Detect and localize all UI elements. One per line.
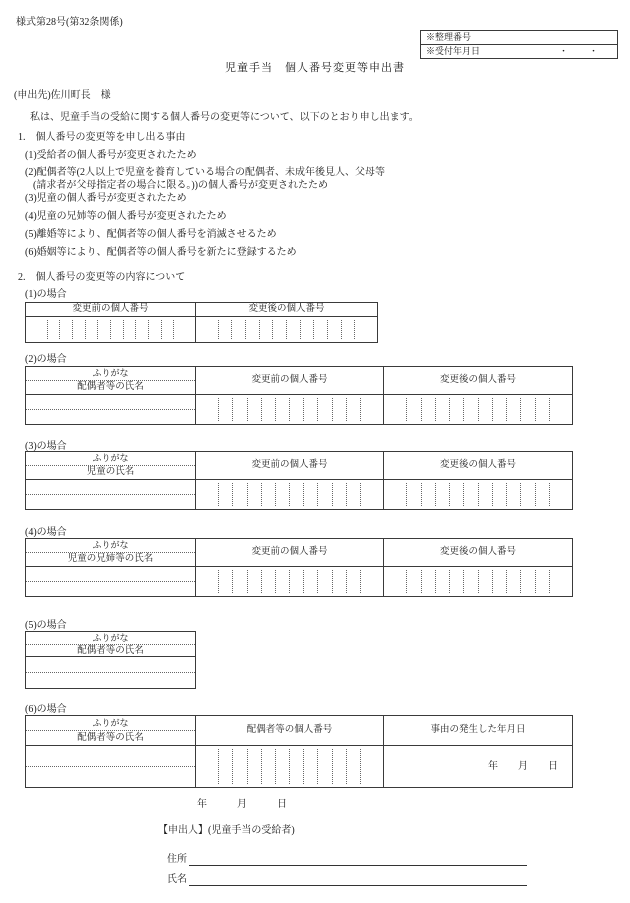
reason-item-3: (3)児童の個人番号が変更されたため xyxy=(25,192,187,205)
case4-after-header: 変更後の個人番号 xyxy=(384,539,572,566)
case4-before-number-cells[interactable] xyxy=(196,567,383,596)
document-page: 様式第28号(第32条関係) ※整理番号 ※受付年月日 ・ ・ 児童手当 個人番… xyxy=(0,0,630,903)
case2-name-header: 配偶者等の氏名 xyxy=(26,381,195,394)
case5-furigana-label: ふりがな xyxy=(26,632,195,645)
case4-name-input[interactable] xyxy=(26,567,196,596)
receipt-date-value[interactable]: ・ ・ xyxy=(559,45,612,58)
case1-table: 変更前の個人番号 変更後の個人番号 xyxy=(25,302,378,343)
ref-number-label: ※整理番号 xyxy=(426,31,471,44)
case2-before-number-cells[interactable] xyxy=(196,395,383,424)
submission-date-line[interactable]: 年 月 日 xyxy=(197,798,287,811)
reason-item-6: (6)婚姻等により、配偶者等の個人番号を新たに登録するため xyxy=(25,246,297,259)
case2-name-input[interactable] xyxy=(26,395,196,424)
case3-name-header: 児童の氏名 xyxy=(26,466,195,479)
addressee: (申出先)佐川町長 様 xyxy=(14,89,111,102)
case2-after-number-cells[interactable] xyxy=(384,395,572,424)
case1-before-number-cells[interactable] xyxy=(26,317,195,342)
case6-number-header: 配偶者等の個人番号 xyxy=(196,716,384,745)
name-input-line[interactable] xyxy=(189,872,527,886)
receipt-date-row: ※受付年月日 ・ ・ xyxy=(421,45,617,58)
case5-name-input[interactable] xyxy=(26,657,195,688)
name-label: 氏名 xyxy=(167,873,187,886)
address-field: 住所 xyxy=(167,852,527,866)
case4-table: ふりがな 児童の兄姉等の氏名 変更前の個人番号 変更後の個人番号 xyxy=(25,538,573,597)
case6-furigana-label: ふりがな xyxy=(26,716,195,731)
case3-name-input[interactable] xyxy=(26,480,196,509)
case6-number-cells[interactable] xyxy=(196,746,383,787)
case6-name-header: 配偶者等の氏名 xyxy=(26,731,195,745)
case3-before-header: 変更前の個人番号 xyxy=(196,452,384,479)
case6-name-input[interactable] xyxy=(26,746,196,787)
case1-after-number-cells[interactable] xyxy=(196,317,377,342)
case4-after-number-cells[interactable] xyxy=(384,567,572,596)
name-field: 氏名 xyxy=(167,872,527,886)
case2-label: (2)の場合 xyxy=(25,353,67,366)
case2-after-header: 変更後の個人番号 xyxy=(384,367,572,394)
case5-table: ふりがな 配偶者等の氏名 xyxy=(25,631,196,689)
case2-furigana-label: ふりがな xyxy=(26,367,195,381)
reason-item-4: (4)児童の兄姉等の個人番号が変更されたため xyxy=(25,210,227,223)
form-code: 様式第28号(第32条関係) xyxy=(16,16,123,29)
case3-after-number-cells[interactable] xyxy=(384,480,572,509)
case6-table: ふりがな 配偶者等の氏名 配偶者等の個人番号 事由の発生した年月日 年 月 日 xyxy=(25,715,573,788)
section2-heading: 2. 個人番号の変更等の内容について xyxy=(18,271,185,284)
case5-name-header: 配偶者等の氏名 xyxy=(26,645,195,657)
case1-before-header: 変更前の個人番号 xyxy=(26,303,196,316)
case1-label: (1)の場合 xyxy=(25,288,67,301)
case1-after-header: 変更後の個人番号 xyxy=(196,303,377,316)
page-title: 児童手当 個人番号変更等申出書 xyxy=(0,62,630,75)
reason-item-2-continued: (請求者が父母指定者の場合に限る。))の個人番号が変更されたため xyxy=(33,179,328,192)
case6-date-header: 事由の発生した年月日 xyxy=(384,716,572,745)
office-use-box: ※整理番号 ※受付年月日 ・ ・ xyxy=(420,30,618,59)
case2-table: ふりがな 配偶者等の氏名 変更前の個人番号 変更後の個人番号 xyxy=(25,366,573,425)
case6-date-input[interactable]: 年 月 日 xyxy=(384,746,572,787)
case4-furigana-label: ふりがな xyxy=(26,539,195,553)
case3-table: ふりがな 児童の氏名 変更前の個人番号 変更後の個人番号 xyxy=(25,451,573,510)
reason-item-2: (2)配偶者等(2人以上で児童を養育している場合の配偶者、未成年後見人、父母等 xyxy=(25,166,385,179)
receipt-date-label: ※受付年月日 xyxy=(426,45,480,58)
ref-number-row: ※整理番号 xyxy=(421,31,617,45)
case2-before-header: 変更前の個人番号 xyxy=(196,367,384,394)
reason-item-1: (1)受給者の個人番号が変更されたため xyxy=(25,149,197,162)
case3-furigana-label: ふりがな xyxy=(26,452,195,466)
section1-heading: 1. 個人番号の変更等を申し出る事由 xyxy=(18,131,186,144)
intro-sentence: 私は、児童手当の受給に関する個人番号の変更等について、以下のとおり申し出ます。 xyxy=(30,111,419,124)
address-label: 住所 xyxy=(167,853,187,866)
applicant-heading: 【申出人】(児童手当の受給者) xyxy=(158,824,295,837)
case4-before-header: 変更前の個人番号 xyxy=(196,539,384,566)
case4-name-header: 児童の兄姉等の氏名 xyxy=(26,553,195,566)
reason-item-5: (5)離婚等により、配偶者等の個人番号を消滅させるため xyxy=(25,228,277,241)
case3-before-number-cells[interactable] xyxy=(196,480,383,509)
case3-after-header: 変更後の個人番号 xyxy=(384,452,572,479)
address-input-line[interactable] xyxy=(189,852,527,866)
